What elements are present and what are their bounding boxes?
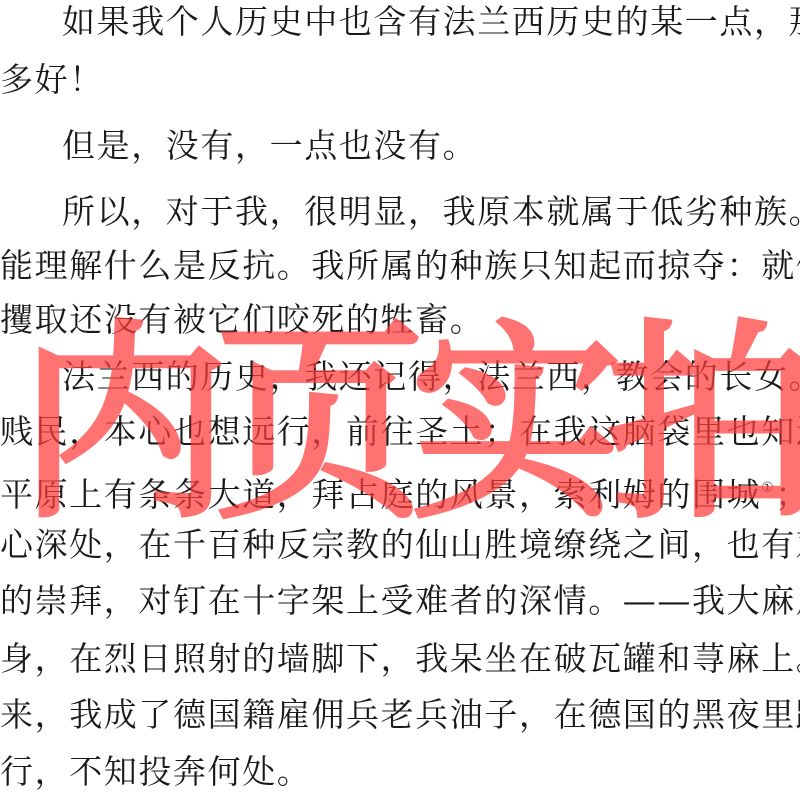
- text-line: 法兰西的历史，我还记得，法兰西，教会的长女。我作为: [0, 357, 800, 397]
- text-line: 平原上有条条大道，拜占庭的风景，索利姆的围城①；在我内: [0, 468, 800, 515]
- text-line: 的崇拜，对钉在十字架上受难者的深情。——我大麻风长满一: [0, 581, 800, 621]
- text-line: 能理解什么是反抗。我所属的种族只知起而掠夺：就像狼只知: [0, 246, 800, 286]
- footnote-marker[interactable]: ①: [761, 480, 775, 496]
- text-segment: ；在我内: [775, 475, 800, 514]
- text-segment: 平原上有条条大道，拜占庭的风景，索利姆的围城: [0, 475, 761, 514]
- text-line: 所以，对于我，很明显，我原本就属于低劣种族。我不可: [0, 192, 800, 232]
- text-line: 贱民，本心也想远行，前往圣土；在我这脑袋里也知道施瓦本: [0, 412, 800, 452]
- text-line: 身，在烈日照射的墙脚下，我呆坐在破瓦罐和荨麻上。——后: [0, 639, 800, 679]
- text-line: 心深处，在千百种反宗教的仙山胜境缭绕之间，也有对马利亚: [0, 525, 800, 565]
- text-line: 攫取还没有被它们咬死的牲畜。: [0, 300, 800, 340]
- text-line: 行，不知投奔何处。: [0, 752, 800, 792]
- text-line: 来，我成了德国籍雇佣兵老兵油子，在德国的黑夜里踽踽独: [0, 695, 800, 735]
- text-line: 但是，没有，一点也没有。: [0, 126, 800, 166]
- text-line: 如果我个人历史中也含有法兰西历史的某一点，那有: [0, 2, 800, 42]
- book-page: 如果我个人历史中也含有法兰西历史的某一点，那有 多好！ 但是，没有，一点也没有。…: [0, 0, 800, 800]
- text-line: 多好！: [0, 60, 800, 100]
